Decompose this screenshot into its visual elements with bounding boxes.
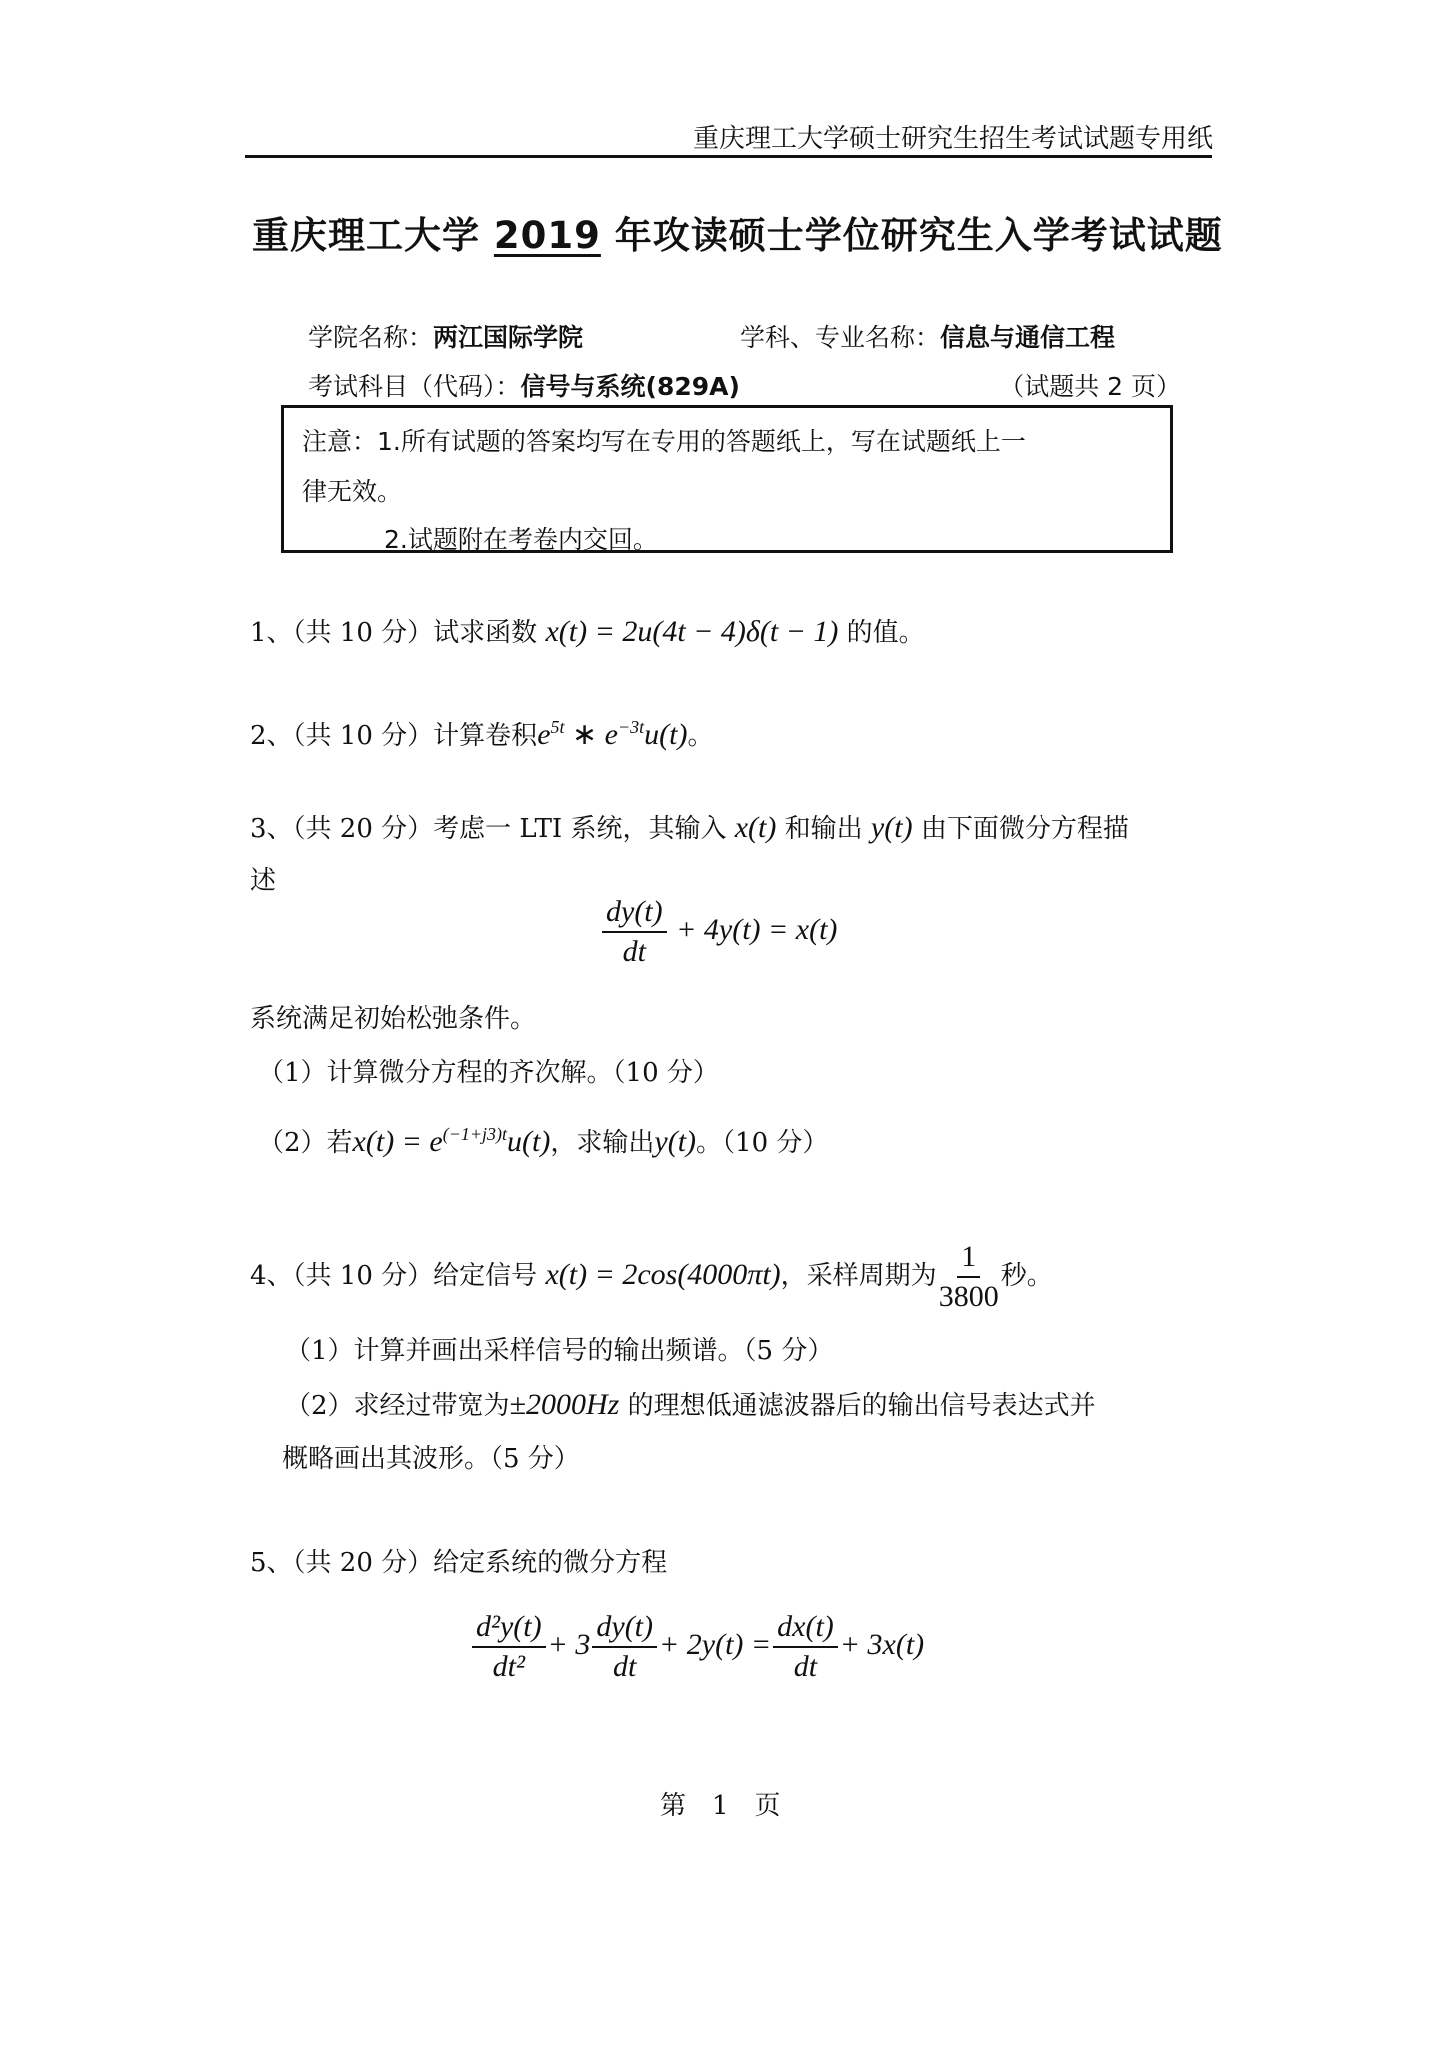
question-number: 1、 [250,618,293,648]
fraction: 13800 [939,1240,999,1314]
formula: ±2000Hz [510,1388,620,1421]
fraction-numerator: dy(t) [602,895,667,933]
question-3-continued: 述 [250,860,276,897]
question-3-condition: 系统满足初始松弛条件。 [250,998,536,1035]
college-value: 两江国际学院 [433,323,583,352]
header-divider [245,155,1212,158]
question-4-sub-2: （2）求经过带宽为±2000Hz 的理想低通滤波器后的输出信号表达式并 [285,1385,1096,1422]
page-number: 第 1 页 [660,1785,781,1822]
page-title: 重庆理工大学 2019 年攻读硕士学位研究生入学考试试题 [252,205,1223,259]
formula: e5t ∗ e−3tu(t) [537,718,687,751]
question-text: 由下面微分方程描 [921,814,1129,844]
question-text: ，求输出 [550,1128,654,1158]
subject-info: 考试科目（代码）：信号与系统(829A) [308,367,740,403]
question-points: （共 10 分） [293,1261,434,1291]
question-text: 。（10 分） [696,1128,828,1158]
question-text: 的理想低通滤波器后的输出信号表达式并 [628,1391,1096,1421]
question-text: 计算卷积 [433,721,537,751]
question-text: 给定信号 [433,1261,537,1291]
notice-box: 注意：1.所有试题的答案均写在专用的答题纸上，写在试题纸上一 律无效。 2.试题… [281,405,1173,553]
question-text: 考虑一 LTI 系统，其输入 [433,814,726,844]
title-prefix: 重庆理工大学 [252,214,480,257]
question-4-sub-2-continued: 概略画出其波形。（5 分） [282,1438,580,1475]
question-4-sub-1: （1）计算并画出采样信号的输出频谱。（5 分） [285,1330,833,1367]
question-points: （共 10 分） [293,618,434,648]
formula: y(t) [654,1125,696,1158]
question-text: （2）若 [258,1128,353,1158]
formula: x(t) = e(−1+j3)tu(t) [353,1125,551,1158]
question-5: 5、（共 20 分）给定系统的微分方程 [250,1542,667,1579]
formula: x(t) = 2u(4t − 4)δ(t − 1) [545,615,838,648]
equation-q3: dy(t)dt + 4y(t) = x(t) [600,895,837,969]
question-points: （共 20 分） [293,1548,434,1578]
question-text: 试求函数 [433,618,537,648]
college-label: 学院名称： [308,323,433,352]
subject-value: 信号与系统(829A) [521,372,740,401]
notice-line-2: 律无效。 [302,472,402,508]
question-points: （共 20 分） [293,814,434,844]
equation-rest: + 4y(t) = x(t) [676,913,837,946]
pages-note: （试题共 2 页） [999,367,1181,403]
notice-line-1: 注意：1.所有试题的答案均写在专用的答题纸上，写在试题纸上一 [302,422,1026,458]
formula: x(t) = 2cos(4000πt) [545,1258,780,1291]
formula: x(t) [735,811,777,844]
question-number: 2、 [250,721,293,751]
question-text: 的值。 [847,618,925,648]
question-points: （共 10 分） [293,721,434,751]
question-4: 4、（共 10 分）给定信号 x(t) = 2cos(4000πt)，采样周期为… [250,1240,1053,1314]
question-1: 1、（共 10 分）试求函数 x(t) = 2u(4t − 4)δ(t − 1)… [250,612,925,649]
major-info: 学科、专业名称：信息与通信工程 [740,318,1115,354]
fraction-denominator: dt [623,933,646,969]
equation-q5: d²y(t)dt²+ 3dy(t)dt+ 2y(t) =dx(t)dt+ 3x(… [470,1610,924,1684]
subject-label: 考试科目（代码）： [308,372,521,401]
title-suffix: 年攻读硕士学位研究生入学考试试题 [615,214,1223,257]
formula: y(t) [871,811,913,844]
paper-header-label: 重庆理工大学硕士研究生招生考试试题专用纸 [693,118,1213,155]
question-text: ，采样周期为 [781,1261,937,1291]
question-number: 3、 [250,814,293,844]
question-3-sub-1: （1）计算微分方程的齐次解。（10 分） [258,1052,719,1089]
question-2: 2、（共 10 分）计算卷积e5t ∗ e−3tu(t)。 [250,715,714,752]
question-text: （2）求经过带宽为 [285,1391,510,1421]
question-text: 和输出 [785,814,863,844]
question-3-sub-2: （2）若x(t) = e(−1+j3)tu(t)，求输出y(t)。（10 分） [258,1122,828,1159]
question-3: 3、（共 20 分）考虑一 LTI 系统，其输入 x(t) 和输出 y(t) 由… [250,808,1129,845]
major-label: 学科、专业名称： [740,323,940,352]
notice-line-3: 2.试题附在考卷内交回。 [384,520,658,556]
question-text: 给定系统的微分方程 [433,1548,667,1578]
major-value: 信息与通信工程 [940,323,1115,352]
question-number: 5、 [250,1548,293,1578]
question-text: 秒。 [1001,1261,1053,1291]
title-year: 2019 [494,214,601,257]
question-text: 。 [687,721,713,751]
question-number: 4、 [250,1261,293,1291]
college-info: 学院名称：两江国际学院 [308,318,583,354]
